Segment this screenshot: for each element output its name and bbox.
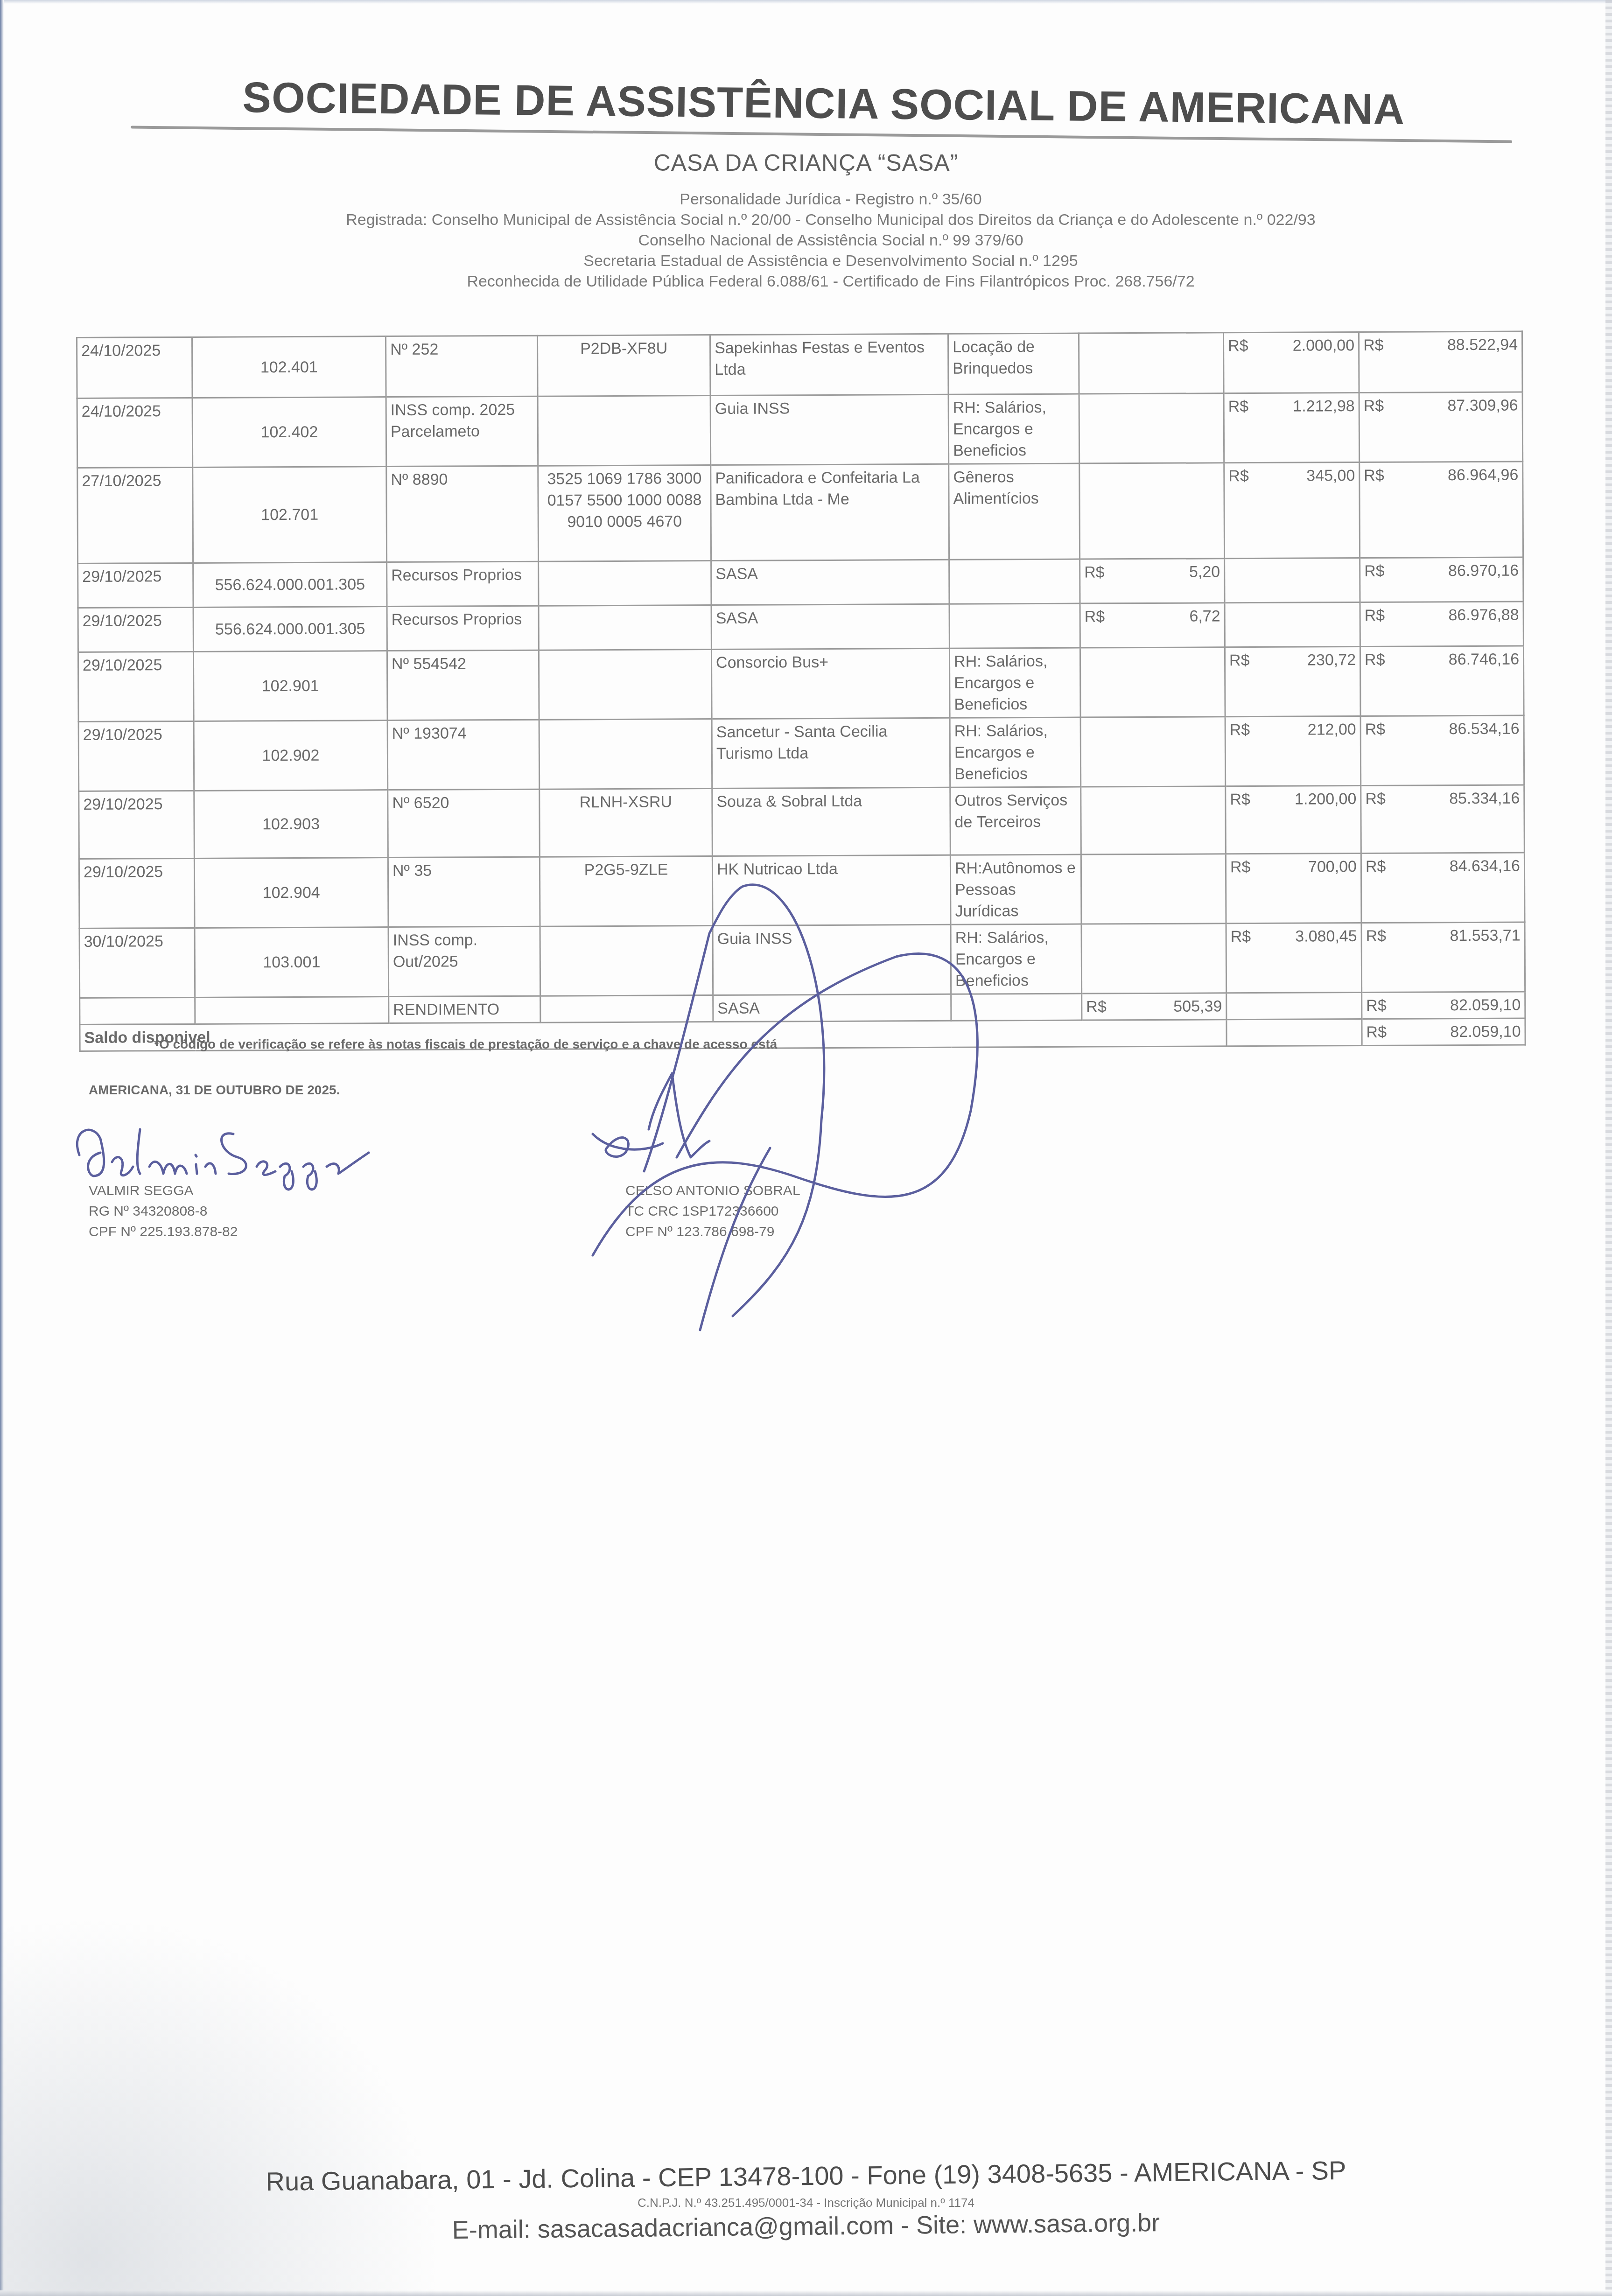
registration-line: Reconhecida de Utilidade Pública Federal… — [140, 271, 1521, 292]
debit-cell: R$700,00 — [1226, 853, 1361, 923]
registration-line: Secretaria Estadual de Assistência e Des… — [140, 251, 1521, 271]
currency-symbol: R$ — [1230, 856, 1251, 878]
currency-symbol: R$ — [1366, 995, 1387, 1016]
amount: 88.522,94 — [1447, 334, 1518, 356]
reference-cell: Nº 6520 — [388, 789, 540, 857]
verification-code-cell — [540, 926, 713, 996]
category-cell: RH: Salários, Encargos e Beneficios — [951, 924, 1082, 994]
document-number-cell: 102.902 — [194, 721, 388, 791]
amount: 505,39 — [1173, 995, 1222, 1017]
currency-symbol: R$ — [1365, 788, 1386, 810]
document-number-cell: 102.904 — [194, 858, 388, 928]
date-cell: 29/10/2025 — [78, 607, 193, 652]
verification-code-cell — [539, 561, 711, 606]
payee-cell: SASA — [711, 604, 949, 649]
footnote: *O código de verificação se refere às no… — [154, 1037, 777, 1052]
verification-code-cell — [540, 995, 713, 1023]
org-subtitle: CASA DA CRIANÇA “SASA” — [0, 149, 1612, 176]
currency-symbol: R$ — [1229, 650, 1250, 671]
payee-cell: HK Nutricao Ltda — [712, 855, 951, 925]
date-cell: 29/10/2025 — [78, 563, 193, 608]
date-cell: 29/10/2025 — [78, 651, 194, 721]
amount: 82.059,10 — [1450, 994, 1521, 1016]
debit-cell: R$3.080,45 — [1226, 923, 1362, 993]
category-cell: Locação de Brinquedos — [948, 333, 1079, 394]
amount: 1.200,00 — [1295, 788, 1357, 810]
category-cell: RH: Salários, Encargos e Beneficios — [949, 648, 1080, 718]
debit-cell: R$345,00 — [1224, 462, 1360, 559]
verification-code-cell: P2DB-XF8U — [537, 335, 710, 397]
amount: 85.334,16 — [1449, 788, 1520, 810]
category-cell: RH: Salários, Encargos e Beneficios — [950, 717, 1081, 787]
amount: 86.534,16 — [1449, 718, 1519, 740]
signatory-right: CELSO ANTONIO SOBRAL TC CRC 1SP172336600… — [625, 1181, 800, 1242]
table-row: 24/10/2025102.402INSS comp. 2025 Parcela… — [77, 392, 1523, 468]
debit-cell — [1225, 558, 1360, 603]
currency-symbol: R$ — [1084, 561, 1105, 583]
reference-cell: Nº 193074 — [387, 720, 540, 790]
saldo-value-cell: R$82.059,10 — [1362, 1018, 1525, 1046]
reference-cell: Recursos Proprios — [387, 606, 539, 651]
debit-cell — [1225, 602, 1360, 647]
reference-cell: INSS comp. 2025 Parcelameto — [386, 396, 538, 466]
date-cell: 27/10/2025 — [77, 467, 193, 563]
category-cell — [949, 559, 1080, 604]
page-edge-top — [0, 0, 1612, 4]
balance-cell: R$86.534,16 — [1360, 715, 1524, 786]
signatory-cpf: CPF Nº 123.786.698-79 — [625, 1222, 800, 1242]
balance-cell: R$86.970,16 — [1360, 557, 1523, 602]
debit-cell: R$1.212,98 — [1224, 393, 1360, 463]
date-cell — [80, 997, 195, 1024]
amount: 86.976,88 — [1448, 604, 1519, 626]
reference-cell: Nº 8890 — [386, 466, 539, 562]
document-number-cell: 102.401 — [192, 336, 386, 398]
balance-cell: R$85.334,16 — [1361, 785, 1525, 854]
document-number-cell: 556.624.000.001.305 — [193, 607, 387, 652]
table-row: 24/10/2025102.401Nº 252P2DB-XF8USapekinh… — [77, 331, 1523, 399]
registration-line: Registrada: Conselho Municipal de Assist… — [140, 210, 1521, 230]
registration-line: Personalidade Jurídica - Registro n.º 35… — [140, 189, 1521, 210]
page-edge-right — [1605, 0, 1612, 2296]
category-cell — [951, 994, 1082, 1021]
balance-cell: R$86.976,88 — [1360, 602, 1523, 647]
verification-code-cell: P2G5-9ZLE — [540, 856, 713, 927]
saldo-empty-cell — [1227, 1019, 1362, 1046]
reference-cell: INSS comp. Out/2025 — [388, 926, 540, 996]
credit-cell — [1079, 333, 1224, 394]
table-row: 29/10/2025102.901Nº 554542Consorcio Bus+… — [78, 646, 1524, 722]
registration-lines: Personalidade Jurídica - Registro n.º 35… — [140, 189, 1521, 292]
table-row: 27/10/2025102.701Nº 88903525 1069 1786 3… — [77, 462, 1523, 564]
category-cell: Outros Serviços de Terceiros — [950, 787, 1081, 855]
credit-cell — [1081, 786, 1226, 854]
table-row: 29/10/2025102.902Nº 193074Sancetur - San… — [78, 715, 1524, 791]
amount: 2.000,00 — [1293, 335, 1355, 357]
payee-cell: SASA — [711, 560, 949, 605]
verification-code-cell — [539, 605, 711, 651]
currency-symbol: R$ — [1364, 395, 1384, 417]
balance-cell: R$88.522,94 — [1359, 331, 1522, 393]
credit-cell — [1081, 854, 1226, 924]
table-row: 29/10/2025102.904Nº 35P2G5-9ZLEHK Nutric… — [79, 853, 1525, 929]
reference-cell: Nº 252 — [386, 336, 538, 397]
credit-cell — [1081, 924, 1227, 994]
org-title: SOCIEDADE DE ASSISTÊNCIA SOCIAL DE AMERI… — [126, 72, 1522, 135]
payee-cell: Panificadora e Confeitaria La Bambina Lt… — [711, 464, 949, 560]
signatory-cpf: CPF Nº 225.193.878-82 — [89, 1222, 238, 1242]
payee-cell: Souza & Sobral Ltda — [712, 787, 951, 856]
currency-symbol: R$ — [1364, 465, 1384, 486]
amount: 700,00 — [1308, 856, 1357, 877]
currency-symbol: R$ — [1365, 649, 1385, 671]
amount: 86.746,16 — [1449, 649, 1519, 671]
category-cell: Gêneros Alimentícios — [949, 463, 1080, 560]
payee-cell: Consorcio Bus+ — [711, 648, 950, 719]
category-cell: RH:Autônomos e Pessoas Jurídicas — [950, 854, 1081, 924]
date-cell: 24/10/2025 — [77, 398, 193, 468]
amount: 230,72 — [1307, 649, 1356, 671]
verification-code-cell — [539, 650, 712, 720]
credit-cell: R$6,72 — [1080, 603, 1225, 648]
amount: 212,00 — [1308, 719, 1356, 740]
currency-symbol: R$ — [1364, 560, 1385, 582]
amount: 82.059,10 — [1450, 1021, 1521, 1043]
currency-symbol: R$ — [1366, 856, 1386, 877]
document-number-cell: 103.001 — [195, 927, 389, 998]
registration-line: Conselho Nacional de Assistência Social … — [140, 230, 1521, 251]
currency-symbol: R$ — [1366, 925, 1387, 947]
ledger-table: 24/10/2025102.401Nº 252P2DB-XF8USapekinh… — [76, 330, 1526, 1052]
payee-cell: Guia INSS — [713, 924, 951, 995]
payee-cell: Guia INSS — [710, 394, 949, 465]
signatory-left: VALMIR SEGGA RG Nº 34320808-8 CPF Nº 225… — [89, 1181, 238, 1242]
date-cell: 24/10/2025 — [77, 337, 193, 398]
amount: 5,20 — [1189, 561, 1220, 582]
currency-symbol: R$ — [1230, 789, 1250, 810]
currency-symbol: R$ — [1366, 1022, 1387, 1043]
currency-symbol: R$ — [1086, 996, 1107, 1017]
debit-cell: R$212,00 — [1225, 716, 1361, 786]
reference-cell: Nº 554542 — [387, 650, 539, 720]
amount: 87.309,96 — [1447, 395, 1518, 417]
debit-cell — [1227, 992, 1362, 1019]
amount: 86.970,16 — [1448, 560, 1519, 582]
currency-symbol: R$ — [1231, 926, 1251, 947]
date-cell: 29/10/2025 — [78, 721, 194, 791]
table-row: 29/10/2025102.903Nº 6520RLNH-XSRUSouza &… — [79, 785, 1525, 859]
date-cell: 30/10/2025 — [79, 928, 195, 998]
credit-cell — [1079, 463, 1225, 559]
verification-code-cell — [538, 396, 711, 466]
table-row: 29/10/2025556.624.000.001.305Recursos Pr… — [78, 602, 1523, 652]
currency-symbol: R$ — [1230, 719, 1250, 741]
credit-cell — [1080, 717, 1226, 787]
balance-cell: R$82.059,10 — [1362, 992, 1525, 1019]
amount: 6,72 — [1189, 605, 1220, 627]
currency-symbol: R$ — [1365, 605, 1385, 626]
debit-cell: R$1.200,00 — [1226, 785, 1361, 854]
category-cell: RH: Salários, Encargos e Beneficios — [948, 394, 1079, 464]
signatory-rg: RG Nº 34320808-8 — [89, 1201, 238, 1222]
verification-code-cell — [539, 719, 712, 790]
currency-symbol: R$ — [1363, 335, 1384, 356]
balance-cell: R$86.746,16 — [1360, 646, 1524, 716]
credit-cell: R$5,20 — [1080, 559, 1225, 603]
reference-cell: RENDIMENTO — [389, 996, 540, 1023]
category-cell — [949, 603, 1080, 648]
document-number-cell: 102.901 — [193, 651, 387, 721]
amount: 345,00 — [1306, 465, 1355, 486]
payee-cell: Sapekinhas Festas e Eventos Ltda — [710, 334, 948, 395]
verification-code-cell: 3525 1069 1786 3000 0157 5500 1000 0088 … — [538, 465, 711, 562]
amount: 1.212,98 — [1293, 395, 1355, 417]
table-row: 30/10/2025103.001INSS comp. Out/2025Guia… — [79, 922, 1525, 998]
currency-symbol: R$ — [1228, 396, 1249, 417]
date-cell: 29/10/2025 — [79, 791, 195, 859]
currency-symbol: R$ — [1228, 465, 1249, 487]
signatory-name: CELSO ANTONIO SOBRAL — [625, 1181, 800, 1201]
table-row: 29/10/2025556.624.000.001.305Recursos Pr… — [78, 557, 1523, 608]
document-number-cell: 102.402 — [192, 397, 386, 468]
document-number-cell: 102.903 — [194, 790, 388, 859]
date-cell: 29/10/2025 — [79, 858, 195, 928]
debit-cell: R$230,72 — [1225, 647, 1360, 717]
city-date: AMERICANA, 31 DE OUTUBRO DE 2025. — [89, 1083, 340, 1098]
reference-cell: Nº 35 — [388, 857, 540, 927]
currency-symbol: R$ — [1365, 719, 1386, 740]
document-number-cell — [195, 997, 389, 1024]
verification-code-cell: RLNH-XSRU — [540, 789, 713, 857]
signatory-crc: TC CRC 1SP172336600 — [625, 1201, 800, 1222]
credit-cell: R$505,39 — [1082, 993, 1227, 1020]
balance-cell: R$84.634,16 — [1361, 853, 1525, 923]
credit-cell — [1079, 393, 1224, 463]
reference-cell: Recursos Proprios — [387, 561, 539, 606]
signatory-name: VALMIR SEGGA — [89, 1181, 238, 1201]
amount: 86.964,96 — [1448, 464, 1518, 486]
debit-cell: R$2.000,00 — [1223, 332, 1359, 393]
amount: 81.553,71 — [1450, 925, 1520, 947]
payee-cell: Sancetur - Santa Cecilia Turismo Ltda — [712, 718, 950, 788]
balance-cell: R$86.964,96 — [1360, 462, 1523, 558]
amount: 84.634,16 — [1450, 855, 1520, 877]
document-number-cell: 556.624.000.001.305 — [193, 562, 387, 608]
currency-symbol: R$ — [1085, 606, 1105, 627]
payee-cell: SASA — [713, 994, 951, 1022]
amount: 3.080,45 — [1295, 925, 1357, 947]
document-number-cell: 102.701 — [193, 467, 387, 563]
balance-cell: R$87.309,96 — [1359, 392, 1523, 462]
currency-symbol: R$ — [1228, 335, 1248, 357]
credit-cell — [1080, 647, 1225, 717]
balance-cell: R$81.553,71 — [1361, 922, 1525, 993]
